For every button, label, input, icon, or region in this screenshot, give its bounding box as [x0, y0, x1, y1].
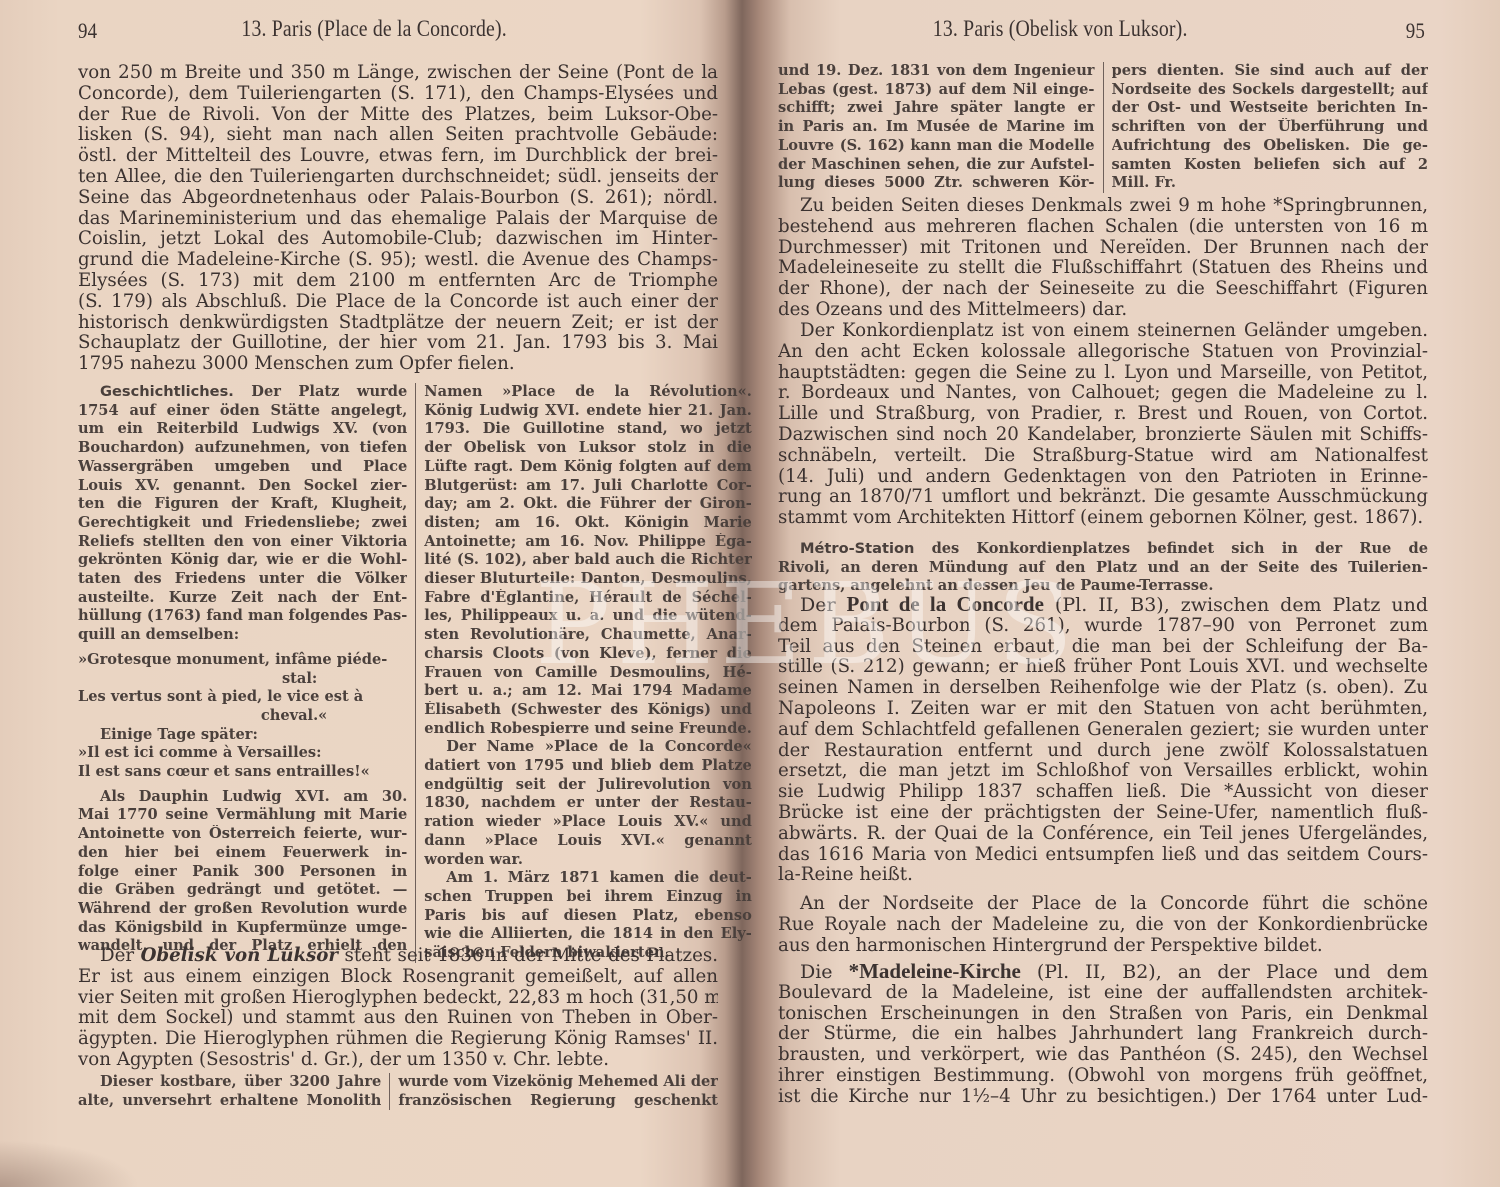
pont-paragraph: Der Pont de la Concorde (Pl. II, B3), zw…	[778, 594, 1428, 886]
text-line: Lille und Straßburg, von Pradier, r. Bre…	[778, 404, 1428, 425]
text-span: des Konkordienplatzes befindet sich in d…	[932, 540, 1428, 557]
text-line: vier Seiten mit großen Hieroglyphen bede…	[78, 988, 718, 1009]
text-line: Métro-Station des Konkordienplatzes befi…	[778, 540, 1428, 559]
text-line: der Ost- und Westseite berichten In-	[1112, 99, 1429, 118]
text-line: Namen »Place de la Révolution«.	[424, 383, 752, 402]
text-line: Louvre (S. 162) kann man die Modelle	[778, 137, 1095, 156]
text-span: (Pl. II, B3), zwischen dem Platz und	[1055, 594, 1428, 616]
text-line: der Restauration entfernt und durch jene…	[778, 741, 1428, 762]
text-line: Blutgerüst: am 17. Juli Charlotte Cor-	[424, 477, 752, 496]
text-line: Mai 1770 seine Vermählung mit Marie	[78, 806, 407, 825]
text-line: les, Philippeaux u. a. und die wütend-	[424, 607, 752, 626]
obelisk-note: Dieser kostbare, über 3200 Jahre alte, u…	[78, 1073, 718, 1110]
pont-term: Pont de la Concorde	[847, 594, 1044, 616]
text-line: 1793. Die Guillotine stand, wo jetzt	[424, 420, 752, 439]
text-line: Antoinette; am 16. Nov. Philippe Éga-	[424, 533, 752, 552]
text-line: rung an 1870/71 umflort und bekränzt. Di…	[778, 487, 1428, 508]
running-head-title: 13. Paris (Place de la Concorde).	[241, 16, 506, 42]
obelisk-transport-note: und 19. Dez. 1831 von dem Ingenieur Leba…	[778, 62, 1428, 193]
verse-line: »Il est ici comme à Versailles:	[78, 744, 407, 763]
text-line: von Ägypten (Sesostris' d. Gr.), der um …	[78, 1050, 718, 1071]
text-line: Nordseite des Sockels dargestellt; auf	[1112, 81, 1429, 100]
verse-line: Les vertus sont à pied, le vice est à	[78, 688, 407, 707]
text-line: Am 1. März 1871 kamen die deut-	[424, 869, 752, 888]
text-line: Bouchardon) aufzunehmen, von tiefen	[78, 439, 407, 458]
text-line: Die *Madeleine-Kirche (Pl. II, B2), an d…	[778, 961, 1428, 983]
text-line: dieser Bluturteile: Danton, Desmoulins,	[424, 570, 752, 589]
text-line: disten; am 16. Okt. Königin Marie	[424, 514, 752, 533]
text-line: An der Nordseite der Place de la Concord…	[778, 894, 1428, 915]
text-line: seinen Namen in derselben Reihenfolge wi…	[778, 678, 1428, 699]
text-line: endgültig seit der Julirevolution von	[424, 776, 752, 795]
history-section: Geschichtliches. Der Platz wurde 1754 au…	[78, 383, 718, 963]
text-line: ten Allee, die den Tuileriengarten durch…	[78, 167, 718, 188]
text-line: charsis Cloots (von Kleve), ferner die	[424, 645, 752, 664]
obelisk-paragraph: Der Obelisk von Luksor steht seit 1836 i…	[78, 946, 718, 1071]
text-line: folge einer Panik 300 Personen in	[78, 863, 407, 882]
text-line: Als Dauphin Ludwig XVI. am 30.	[78, 788, 407, 807]
history-heading: Geschichtliches.	[100, 383, 234, 400]
text-span: Die	[800, 961, 849, 983]
verse-line: Il est sans cœur et sans entrailles!«	[78, 763, 407, 782]
text-line: lung dieses 5000 Ztr. schweren Kör-	[778, 174, 1095, 193]
note-column-left: und 19. Dez. 1831 von dem Ingenieur Leba…	[778, 62, 1103, 193]
text-line: Mill. Fr.	[1112, 174, 1429, 193]
text-line: austeilte. Kurze Zeit nach der Ent-	[78, 589, 407, 608]
text-line: ihrer einstigen Bestimmung. (Obwohl von …	[778, 1066, 1428, 1087]
running-head-left: 94 13. Paris (Place de la Concorde).	[78, 16, 716, 50]
madeleine-paragraph: Die *Madeleine-Kirche (Pl. II, B2), an d…	[778, 961, 1428, 1108]
text-line: Concorde), dem Tuileriengarten (S. 171),…	[78, 84, 718, 105]
text-line: wie die Alliierten, die 1814 in den Ely-	[424, 925, 752, 944]
text-line: Dieser kostbare, über 3200 Jahre	[78, 1073, 381, 1092]
text-line: Gerechtigkeit und Friedensliebe; zwei	[78, 514, 407, 533]
text-line: Napoleons I. Zeiten war er mit den Statu…	[778, 699, 1428, 720]
text-line: worden war.	[424, 851, 752, 870]
text-line: sten Revolutionäre, Chaumette, Anar-	[424, 626, 752, 645]
text-line: grund die Madeleine-Kirche (S. 95); west…	[78, 250, 718, 271]
text-line: dann »Place Louis XVI.« genannt	[424, 832, 752, 851]
text-line: Madeleineseite zu stellt die Flußschiffa…	[778, 258, 1428, 279]
running-head-right: 13. Paris (Obelisk von Luksor). 95	[778, 16, 1426, 50]
text-line: Der Name »Place de la Concorde«	[424, 738, 752, 757]
text-line: Antoinette von Österreich feierte, wur-	[78, 825, 407, 844]
text-line: und 19. Dez. 1831 von dem Ingenieur	[778, 62, 1095, 81]
text-line: brausten, und verkörpert, wie das Panthé…	[778, 1045, 1428, 1066]
verse-line: cheval.«	[78, 707, 407, 726]
text-line: datiert von 1795 und blieb dem Platze	[424, 757, 752, 776]
text-line: quill an demselben:	[78, 626, 407, 645]
history-column-left: Geschichtliches. Der Platz wurde 1754 au…	[78, 383, 415, 963]
text-line: auf dem Schlachtfeld gefallenen Generale…	[778, 720, 1428, 741]
text-line: Aufrichtung des Obelisken. Die ge-	[1112, 137, 1429, 156]
text-line: der Rhone), der nach der Seineseite zu d…	[778, 279, 1428, 300]
obelisk-term: Obelisk von Luksor	[141, 946, 338, 966]
text-line: Coislin, jetzt Lokal des Automobile-Club…	[78, 229, 718, 250]
text-line: Wassergräben umgeben und Place	[78, 458, 407, 477]
madeleine-term: *Madeleine-Kirche	[849, 961, 1021, 983]
text-line: ten die Figuren der Kraft, Klugheit,	[78, 495, 407, 514]
verse-intro: Einige Tage später:	[78, 726, 407, 745]
text-line: Er ist aus einem einzigen Block Rosengra…	[78, 967, 718, 988]
text-line: von 250 m Breite und 350 m Länge, zwisch…	[78, 63, 718, 84]
text-line: lisken (S. 94), sieht man nach allen Sei…	[78, 125, 718, 146]
text-line: König Ludwig XVI. endete hier 21. Jan.	[424, 402, 752, 421]
text-line: das Königsbild in Kupfermünze umge-	[78, 919, 407, 938]
text-line: ersetzt, die man jetzt im Schloßhof von …	[778, 761, 1428, 782]
page-number: 95	[1406, 18, 1425, 44]
text-line: Brücke ist eine der prächtigsten der Sei…	[778, 803, 1428, 824]
history-column-right: Namen »Place de la Révolution«. König Lu…	[415, 383, 752, 963]
text-line: schifft; zwei Jahre später langte er	[778, 99, 1095, 118]
text-line: das Marineministerium und das ehemalige …	[78, 209, 718, 230]
text-span: Der	[800, 594, 847, 616]
text-line: Dazwischen sind noch 20 Kandelaber, bron…	[778, 425, 1428, 446]
text-line: ägypten. Die Hieroglyphen rühmen die Reg…	[78, 1029, 718, 1050]
text-line: An den acht Ecken kolossale allegorische…	[778, 342, 1428, 363]
text-line: des Ozeans und des Mittelmeers) dar.	[778, 300, 1428, 321]
text-line: 1795 nahezu 3000 Menschen zum Opfer fiel…	[78, 354, 718, 375]
text-line: Seine das Abgeordnetenhaus oder Palais-B…	[78, 188, 718, 209]
page-number: 94	[78, 18, 97, 44]
rue-royale-paragraph: An der Nordseite der Place de la Concord…	[778, 894, 1428, 956]
text-line: Der Pont de la Concorde (Pl. II, B3), zw…	[778, 594, 1428, 616]
text-line: Geschichtliches. Der Platz wurde	[78, 383, 407, 402]
text-line: taten des Friedens unter die Völker	[78, 570, 407, 589]
text-line: Lebas (gest. 1873) auf dem Nil einge-	[778, 81, 1095, 100]
verse-line: stal:	[78, 670, 407, 689]
text-line: den hier bei einem Feuerwerk in-	[78, 844, 407, 863]
text-line: abwärts. R. der Quai de la Conférence, e…	[778, 824, 1428, 845]
text-line: Zu beiden Seiten dieses Denkmals zwei 9 …	[778, 196, 1428, 217]
text-line: stille (S. 212) gewann; er hieß früher P…	[778, 657, 1428, 678]
note-column-left: Dieser kostbare, über 3200 Jahre alte, u…	[78, 1073, 389, 1110]
text-line: das 1616 Maria von Medici entsumpfen lie…	[778, 845, 1428, 866]
intro-paragraph: von 250 m Breite und 350 m Länge, zwisch…	[78, 63, 718, 375]
text-line: (S. 179) als Abschluß. Die Place de la C…	[78, 292, 718, 313]
text-line: hauptstädten: gegen die Seine zu l. Lyon…	[778, 363, 1428, 384]
fountains-paragraph: Zu beiden Seiten dieses Denkmals zwei 9 …	[778, 196, 1428, 321]
text-line: aus den harmonischen Hintergrund der Per…	[778, 936, 1428, 957]
note-column-right: wurde vom Vizekönig Mehemed Ali der fran…	[389, 1073, 718, 1110]
text-line: ist die Kirche nur 1½–4 Uhr zu besichtig…	[778, 1087, 1428, 1108]
text-line: Schauplatz der Guillotine, der hier vom …	[78, 333, 718, 354]
text-line: mit dem Sockel) und stammt aus den Ruine…	[78, 1008, 718, 1029]
right-page: 13. Paris (Obelisk von Luksor). 95 und 1…	[778, 0, 1428, 1187]
left-page: 94 13. Paris (Place de la Concorde). von…	[78, 0, 718, 1187]
text-line: Der Konkordienplatz ist von einem steine…	[778, 321, 1428, 342]
text-line: Durchmesser) mit Tritonen und Nereïden. …	[778, 238, 1428, 259]
text-line: Rue Royale nach der Madeleine zu, die vo…	[778, 915, 1428, 936]
text-line: ration wieder »Place Louis XV.« und	[424, 813, 752, 832]
text-line: Élysées (S. 173) mit dem 2100 m entfernt…	[78, 271, 718, 292]
text-line: tonischen Erscheinungen in den Straßen v…	[778, 1004, 1428, 1025]
text-line: r. Bordeaux und Nantes, von Calhouet; ge…	[778, 383, 1428, 404]
text-line: wurde vom Vizekönig Mehemed Ali der	[398, 1073, 718, 1092]
text-line: der Rue de Rivoli. Von der Mitte des Pla…	[78, 105, 718, 126]
text-line: bestehend aus mehreren flachen Schalen (…	[778, 217, 1428, 238]
metro-station-term: Métro-Station	[800, 540, 914, 557]
text-line: französischen Regierung geschenkt	[398, 1092, 718, 1111]
text-line: sie Ludwig Philipp 1837 schaffen ließ. D…	[778, 782, 1428, 803]
text-line: Frauen von Camille Desmoulins, Hé-	[424, 664, 752, 683]
text-line: Rivoli, an deren Mündung auf den Platz u…	[778, 559, 1428, 578]
text-line: Boulevard de la Madeleine, ist eine der …	[778, 983, 1428, 1004]
verse-line: »Grotesque monument, infâme piéde-	[78, 651, 407, 670]
running-head-title: 13. Paris (Obelisk von Luksor).	[933, 16, 1188, 42]
text-line: schen Truppen bei ihrem Einzug in	[424, 888, 752, 907]
text-line: Während der großen Revolution wurde	[78, 900, 407, 919]
text-line: der Stürme, die ein halbes Jahrhundert l…	[778, 1024, 1428, 1045]
text-line: samten Kosten beliefen sich auf 2	[1112, 156, 1429, 175]
text-line: um ein Reiterbild Ludwigs XV. (von	[78, 420, 407, 439]
text-line: endlich Robespierre und seine Freunde.	[424, 720, 752, 739]
text-line: dem Palais-Bourbon (S. 261), wurde 1787–…	[778, 616, 1428, 637]
text-line: Paris bis auf diesen Platz, ebenso	[424, 907, 752, 926]
text-line: die Gräben gedrängt und getötet. —	[78, 881, 407, 900]
text-line: (14. Juli) und andern Gedenktagen von de…	[778, 467, 1428, 488]
text-line: hüllung (1763) fand man folgendes Pas-	[78, 607, 407, 626]
text-line: Élisabeth (Schwester des Königs) und	[424, 701, 752, 720]
text-line: lité (S. 102), aber bald auch die Richte…	[424, 551, 752, 570]
text-line: Lüfte ragt. Dem König folgten auf dem	[424, 458, 752, 477]
text-line: gekrönten König dar, wie er die Wohl-	[78, 551, 407, 570]
text-span: (Pl. II, B2), an der Place und dem	[1037, 961, 1428, 983]
text-line: day; am 2. Okt. die Führer der Giron-	[424, 495, 752, 514]
text-line: schnäbeln, verteilt. Die Straßburg-Statu…	[778, 446, 1428, 467]
text-line: Reliefs stellten den von einer Viktoria	[78, 533, 407, 552]
text-line: Louis XV. genannt. Den Sockel zier-	[78, 477, 407, 496]
text-line: 1754 auf einer öden Stätte angelegt,	[78, 402, 407, 421]
text-line: der Obelisk von Luksor stolz in die	[424, 439, 752, 458]
text-line: historisch denkwürdigsten Stadtplätze de…	[78, 313, 718, 334]
text-line: stammt vom Architekten Hittorf (einem ge…	[778, 508, 1428, 529]
text-line: la-Reine heißt.	[778, 865, 1428, 886]
text-line: 1830, nachdem er unter der Restau-	[424, 794, 752, 813]
text-line: bert u. a.; am 12. Mai 1794 Madame	[424, 682, 752, 701]
text-line: Teil aus den Steinen erbaut, die man bei…	[778, 637, 1428, 658]
text-line: östl. der Mittelteil des Louvre, etwas f…	[78, 146, 718, 167]
text-span: Der Platz wurde	[251, 383, 407, 400]
text-line: der Maschinen sehen, die zur Aufstel-	[778, 156, 1095, 175]
text-line: pers dienten. Sie sind auch auf der	[1112, 62, 1429, 81]
note-column-right: pers dienten. Sie sind auch auf der Nord…	[1103, 62, 1429, 193]
text-line: alte, unversehrt erhaltene Monolith	[78, 1092, 381, 1111]
text-line: schriften von der Überführung und	[1112, 118, 1429, 137]
text-line: Der Obelisk von Luksor steht seit 1836 i…	[78, 946, 718, 967]
text-line: in Paris an. Im Musée de Marine im	[778, 118, 1095, 137]
text-line: Fabre d'Églantine, Hérault de Séchel-	[424, 589, 752, 608]
railing-paragraph: Der Konkordienplatz ist von einem steine…	[778, 321, 1428, 529]
metro-note: Métro-Station des Konkordienplatzes befi…	[778, 540, 1428, 596]
